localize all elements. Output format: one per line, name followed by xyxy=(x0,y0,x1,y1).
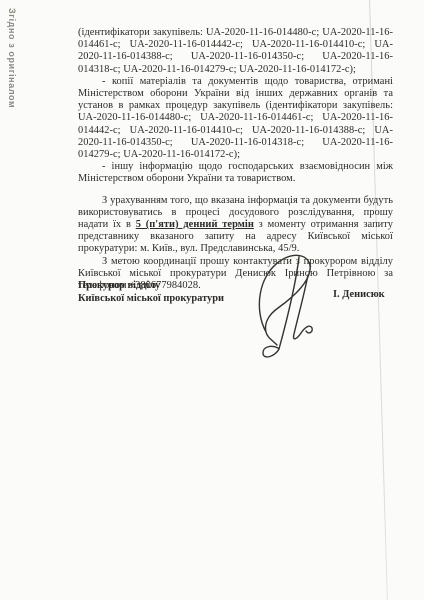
signatory-name: І. Денисюк xyxy=(333,289,385,300)
paragraph-deadline: З урахуванням того, що вказана інформаці… xyxy=(78,195,393,256)
signatory-title-line1: Прокурор відділу xyxy=(78,280,224,293)
handwritten-signature xyxy=(250,250,334,362)
paragraph-procurement-ids: (ідентифікатори закупівель: UA-2020-11-1… xyxy=(78,27,393,76)
deadline-term-highlight: 5 (п'яти) денний термін xyxy=(136,219,254,230)
signatory-title: Прокурор відділу Київської міської проку… xyxy=(78,280,224,305)
paragraph-other-information: - іншу інформацію щодо господарських вза… xyxy=(78,161,393,185)
paragraph-copies-of-materials: - копії матеріалів та документів щодо то… xyxy=(78,76,393,161)
document-body: (ідентифікатори закупівель: UA-2020-11-1… xyxy=(78,27,393,292)
copy-certification-stamp: Згідно з оригіналом xyxy=(7,8,17,108)
signatory-title-line2: Київської міської прокуратури xyxy=(78,293,224,306)
scanned-document-page: Згідно з оригіналом (ідентифікатори заку… xyxy=(0,0,424,600)
